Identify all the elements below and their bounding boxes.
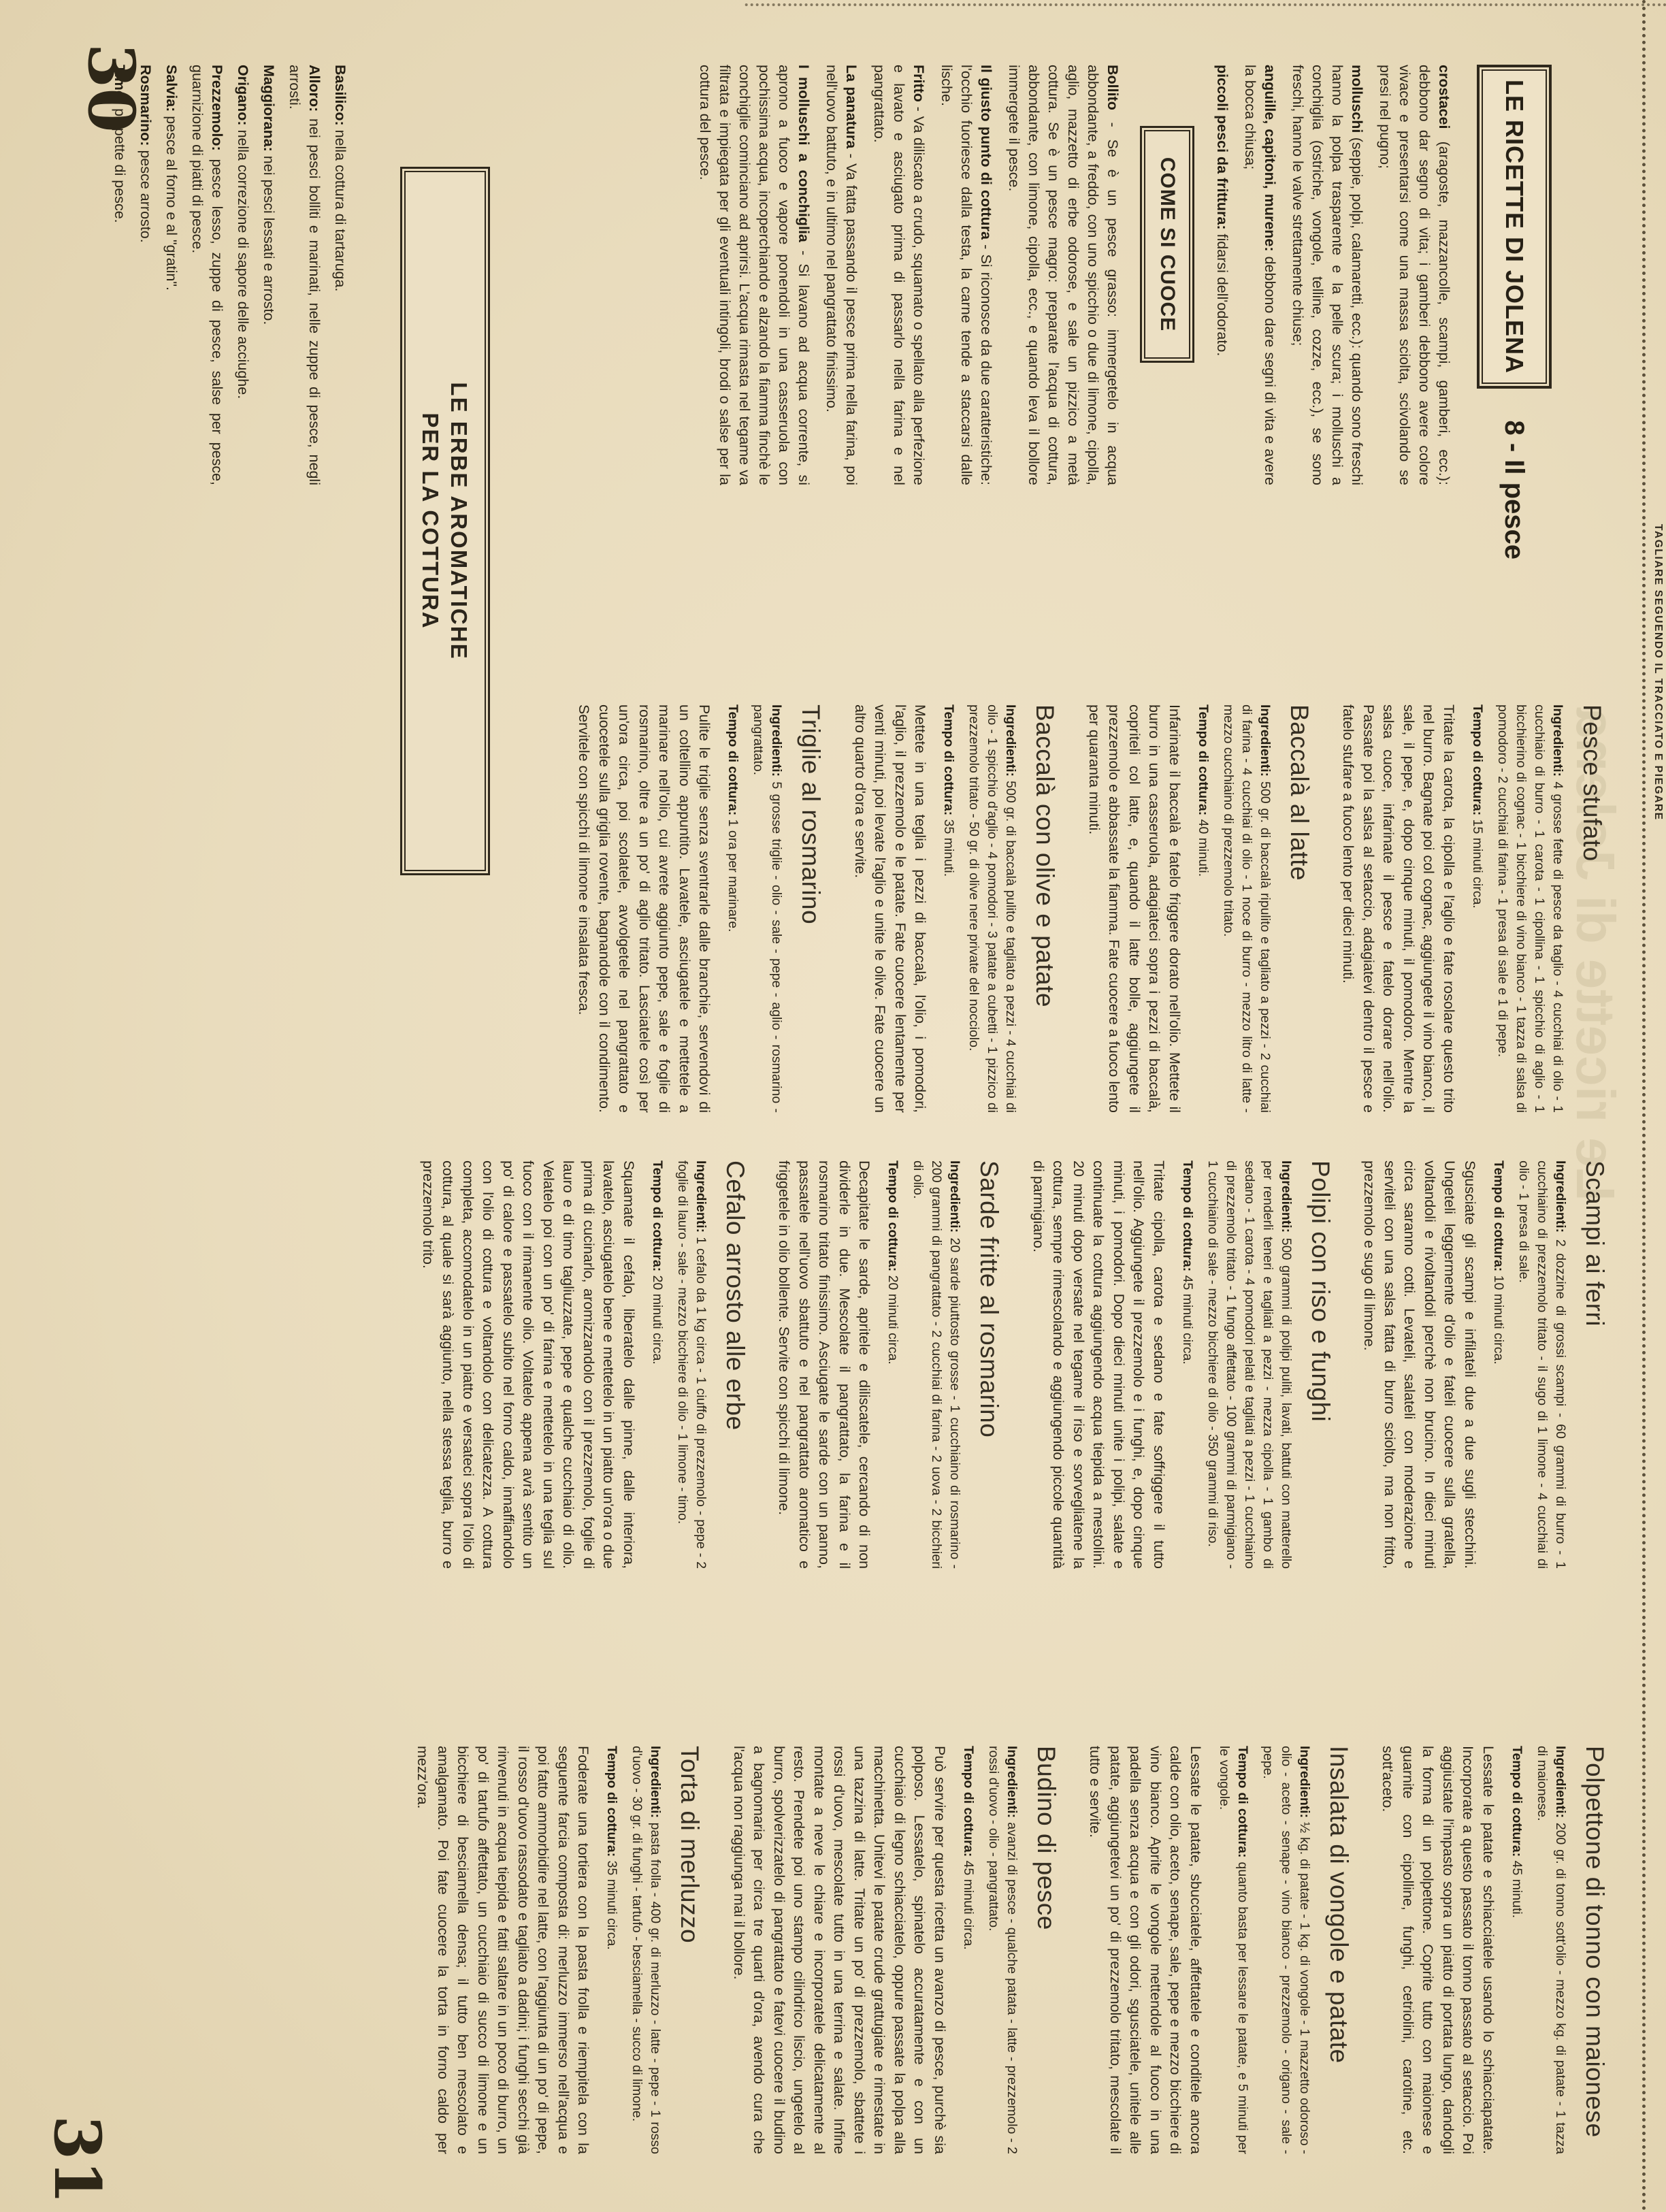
time-text: 20 minuti circa. [650,1275,665,1365]
recipe-time: Tempo di cottura: 35 minuti. [940,704,958,1113]
erbe-lead: Origano: [235,65,251,126]
recipe-ingredients: Ingredienti: 1 cefalo da 1 kg circa - 1 … [673,1160,710,1569]
cooking-paragraph: Bollito - Se è un pesce grasso: immerget… [1004,65,1122,485]
ingredients-label: Ingredienti: [1258,704,1273,777]
recipe-title: Triglie al rosmarino [797,704,826,1113]
recipe-time: Tempo di cottura: 45 minuti. [1507,1746,1526,2154]
recipe-title: Insalata di vongole e patate [1324,1746,1353,2154]
ingredients-label: Ingredienti: [1553,1746,1568,1818]
recipe-ingredients: Ingredienti: 20 sarde piuttosto grosse -… [909,1160,964,1569]
recipe-ingredients: Ingredienti: 200 gr. di tonno sott'olio … [1533,1746,1569,2154]
recipe-cefalo: Cefalo arrosto alle erbe Ingredienti: 1 … [418,1160,750,1569]
erbe-lead: Salvia: [163,65,180,112]
erbe-aromatiche-box: LE ERBE AROMATICHE PER LA COTTURA [400,167,490,875]
recipe-insalata-vongole: Insalata di vongole e patate Ingredienti… [1085,1746,1353,2154]
time-text: 35 minuti. [942,819,957,877]
cooking-lead: Bollito [1105,65,1121,110]
recipe-column-left-page: Pesce stufato Ingredienti: 4 grosse fett… [549,704,1606,1113]
erbe-item: Basilico: nella cottura di tartaruga. [330,65,350,485]
recipe-body: Tritate la carota, la cipolla e l'aglio … [1338,704,1458,1113]
time-label: Tempo di cottura: [942,704,957,815]
time-text: 1 ora per marinare. [726,819,741,932]
recipe-title: Scampi ai ferri [1580,1160,1609,1569]
time-label: Tempo di cottura: [1180,1160,1195,1271]
ingredients-label: Ingredienti: [1297,1746,1312,1818]
masthead-title: LE RICETTE DI JOLENA [1501,80,1529,374]
recipe-body: Lessate le patate, sbucciatele, affettat… [1085,1746,1205,2154]
recipe-budino: Budino di pesce Ingredienti: avanzi di p… [729,1746,1061,2154]
recipe-ingredients: Ingredienti: pasta frolla - 400 gr. di m… [628,1746,665,2154]
erbe-text: nei pesci lessati e arrosto. [261,152,277,325]
recipe-title: Polipi con riso e funghi [1306,1160,1335,1569]
cooking-lead: Il giusto punto di cottura [978,65,994,240]
scanned-magazine-page: TAGLIARE SEGUENDO IL TRACCIATO E PIEGARE… [0,0,1666,2212]
freshness-lead: anguille, capitoni, murene: [1262,65,1278,252]
time-text: 20 minuti circa. [886,1275,901,1365]
erbe-text: pesce al forno e al "gratin". [163,112,180,291]
cooking-paragraph: La panatura - Va fatta passando il pesce… [821,65,861,485]
time-text: 40 minuti. [1196,819,1211,877]
recipe-body: Pulite le triglie senza sventrarle dalle… [574,704,715,1113]
recipe-ingredients: Ingredienti: 500 grammi di polipi puliti… [1203,1160,1295,1569]
ingredients-label: Ingredienti: [1004,704,1019,777]
time-label: Tempo di cottura: [1509,1746,1524,1857]
cooking-text: - Va diliscato a crudo, squamato o spell… [871,65,927,485]
erbe-text: nei pesci bolliti e marinati, nelle zupp… [287,65,323,485]
erbe-lead: Maggiorana: [261,65,277,152]
recipe-body: Può servire per questa ricetta un avanzo… [729,1746,950,2154]
time-text: 45 minuti circa. [961,1861,976,1950]
erbe-item: Salvia: pesce al forno e al "gratin". [161,65,181,485]
erbe-item: Prezzemolo: pesce lesso, zuppe di pesce,… [187,65,227,485]
time-label: Tempo di cottura: [1470,704,1485,815]
freshness-item: crostacei (aragoste, mazzancolle, scampi… [1375,65,1454,485]
intro-column: LE RICETTE DI JOLENA 8 - Il pesce crosta… [687,65,1552,485]
recipe-title: Torta di merluzzo [676,1746,704,2154]
cooking-lead: Fritto [911,65,927,102]
cooking-paragraph: Il giusto punto di cottura - Si riconosc… [936,65,996,485]
ingredients-label: Ingredienti: [693,1160,708,1233]
time-text: 45 minuti. [1509,1861,1524,1919]
freshness-lead: piccoli pesci da frittura: [1214,65,1230,230]
ingredients-label: Ingredienti: [1279,1160,1294,1233]
time-label: Tempo di cottura: [726,704,741,815]
recipe-time: Tempo di cottura: 35 minuti circa. [603,1746,621,2154]
ingredients-label: Ingredienti: [770,704,785,777]
erbe-box-title-line2: PER LA COTTURA [416,169,444,873]
cooking-paragraph: Fritto - Va diliscato a crudo, squamato … [869,65,928,485]
freshness-lead: molluschi [1349,65,1365,133]
recipe-time: Tempo di cottura: 45 minuti circa. [1178,1160,1196,1569]
page-30: LE RICETTE DI JOLENA 8 - Il pesce crosta… [0,0,1666,1106]
recipe-ingredients: Ingredienti: 2 dozzine di grossi scampi … [1514,1160,1569,1569]
recipe-ingredients: Ingredienti: 4 grosse fette di pesce da … [1493,704,1567,1113]
erbe-lead: Basilico: [332,65,348,126]
recipe-body: Tritate cipolla, carota e sedano e fate … [1028,1160,1169,1569]
recipe-ingredients: Ingredienti: ½ kg. di patate - 1 kg. di … [1258,1746,1313,2154]
erbe-text: pesce arrosto. [137,146,154,242]
erbe-item: Alloro: nei pesci bolliti e marinati, ne… [284,65,324,485]
recipe-time: Tempo di cottura: 10 minuti circa. [1489,1160,1507,1569]
recipe-ingredients: Ingredienti: avanzi di pesce - qualche p… [984,1746,1021,2154]
ingredients-label: Ingredienti: [1004,1746,1019,1818]
recipe-triglie: Triglie al rosmarino Ingredienti: 5 gros… [574,704,826,1113]
recipe-time: Tempo di cottura: 1 ora per marinare. [724,704,742,1113]
recipe-polipi: Polipi con riso e funghi Ingredienti: 50… [1028,1160,1335,1569]
recipe-body: Decapitate le sarde, apritele e diliscat… [774,1160,875,1569]
recipe-time: Tempo di cottura: 15 minuti circa. [1468,704,1486,1113]
recipe-title: Pesce stufato [1578,704,1606,1113]
issue-title: 8 - Il pesce [1499,420,1530,559]
recipe-title: Budino di pesce [1032,1746,1060,2154]
erbe-item: Maggiorana: nei pesci lessati e arrosto. [259,65,278,485]
ingredients-label: Ingredienti: [1550,704,1565,777]
recipe-time: Tempo di cottura: 45 minuti circa. [959,1746,977,2154]
time-label: Tempo di cottura: [961,1746,976,1857]
cooking-text: - Se è un pesce grasso: immergetelo in a… [1006,65,1121,485]
time-label: Tempo di cottura: [1491,1160,1506,1271]
recipe-body: Foderate una tortiera con la pasta froll… [412,1746,593,2154]
erbe-lead: Prezzemolo: [209,65,225,151]
erbe-lead: Alloro: [306,65,323,112]
ingredients-label: Ingredienti: [948,1160,963,1233]
recipe-time: Tempo di cottura: quanto basta per lessa… [1215,1746,1252,2154]
ingredients-label: Ingredienti: [1553,1160,1568,1233]
recipe-baccala-al-latte: Baccalà al latte Ingredienti: 500 gr. di… [1084,704,1314,1113]
ingredients-label: Ingredienti: [649,1746,664,1818]
time-label: Tempo di cottura: [1235,1746,1250,1857]
recipe-sarde: Sarde fritte al rosmarino Ingredienti: 2… [774,1160,1004,1569]
page-number-30: 30 [79,44,143,133]
erbe-box-title-line1: LE ERBE AROMATICHE [444,169,473,873]
recipe-ingredients: Ingredienti: 500 gr. di baccalà ripulito… [1219,704,1274,1113]
time-label: Tempo di cottura: [886,1160,901,1271]
recipe-body: Mettete in una teglia i pezzi di baccalà… [850,704,930,1113]
recipe-torta-merluzzo: Torta di merluzzo Ingredienti: pasta fro… [412,1746,704,2154]
recipe-time: Tempo di cottura: 20 minuti circa. [884,1160,902,1569]
cooking-text: - Si lavano ad acqua corrente, si aprono… [697,65,812,485]
erbe-text: nella cottura di tartaruga. [332,126,348,292]
recipe-title: Sarde fritte al rosmarino [975,1160,1004,1569]
time-label: Tempo di cottura: [605,1746,620,1857]
recipe-polpettone: Polpettone di tonno con maionese Ingredi… [1377,1746,1609,2154]
freshness-item: molluschi (seppie, polpi, calamaretti, e… [1288,65,1367,485]
recipe-ingredients: Ingredienti: 5 grosse triglie - olio - s… [749,704,786,1113]
recipe-title: Baccalà con olive e patate [1031,704,1060,1113]
recipe-title: Cefalo arrosto alle erbe [721,1160,749,1569]
recipe-body: Squamate il cefalo, liberatelo dalle pin… [418,1160,639,1569]
masthead-box: LE RICETTE DI JOLENA [1477,65,1552,389]
recipe-title: Polpettone di tonno con maionese [1580,1746,1609,2154]
recipe-pesce-stufato: Pesce stufato Ingredienti: 4 grosse fett… [1338,704,1606,1113]
cooking-paragraph: I molluschi a conchiglia - Si lavano ad … [695,65,813,485]
time-text: 15 minuti circa. [1470,819,1485,909]
time-label: Tempo di cottura: [1196,704,1211,815]
freshness-item: anguille, capitoni, murene: debbono dare… [1240,65,1279,485]
recipe-time: Tempo di cottura: 40 minuti. [1194,704,1212,1113]
come-si-cuoce-box: COME SI CUOCE [1140,126,1194,363]
erbe-text: nella correzione di sapore delle acciugh… [235,126,251,400]
time-label: Tempo di cottura: [650,1160,665,1271]
rotated-spread: TAGLIARE SEGUENDO IL TRACCIATO E PIEGARE… [0,0,1666,2212]
recipe-scampi: Scampi ai ferri Ingredienti: 2 dozzine d… [1359,1160,1609,1569]
recipe-title: Baccalà al latte [1285,704,1313,1113]
recipe-body: Lessate le patate e schiacciatele usando… [1377,1746,1498,2154]
recipe-ingredients: Ingredienti: 500 gr. di baccalà pulito e… [965,704,1020,1113]
recipe-time: Tempo di cottura: 20 minuti circa. [648,1160,666,1569]
time-text: 45 minuti circa. [1180,1275,1195,1365]
page-number-31: 31 [45,2115,109,2205]
come-si-cuoce-title: COME SI CUOCE [1156,157,1179,331]
recipe-body: Infarinate il baccalà e fatelo friggere … [1084,704,1185,1113]
freshness-item: piccoli pesci da frittura: fidarsi dell'… [1212,65,1232,485]
cooking-lead: La panatura [843,65,860,148]
recipe-column-right-page-2: Polpettone di tonno con maionese Ingredi… [388,1746,1609,2154]
time-text: 10 minuti circa. [1491,1275,1506,1365]
masthead-row: LE RICETTE DI JOLENA 8 - Il pesce [1477,65,1552,485]
recipe-column-right-page-1: Scampi ai ferri Ingredienti: 2 dozzine d… [393,1160,1610,1569]
freshness-lead: crostacei [1436,65,1452,129]
freshness-text: fidarsi dell'odorato. [1214,230,1230,357]
cooking-lead: I molluschi a conchiglia [796,65,812,242]
page-31: Scampi ai ferri Ingredienti: 2 dozzine d… [0,1106,1666,2212]
recipe-body: Sgusciate gli scampi e infilateli due a … [1359,1160,1480,1569]
recipe-baccala-con-olive: Baccalà con olive e patate Ingredienti: … [850,704,1060,1113]
erbe-item: Origano: nella correzione di sapore dell… [233,65,252,485]
time-text: 35 minuti circa. [605,1861,620,1950]
